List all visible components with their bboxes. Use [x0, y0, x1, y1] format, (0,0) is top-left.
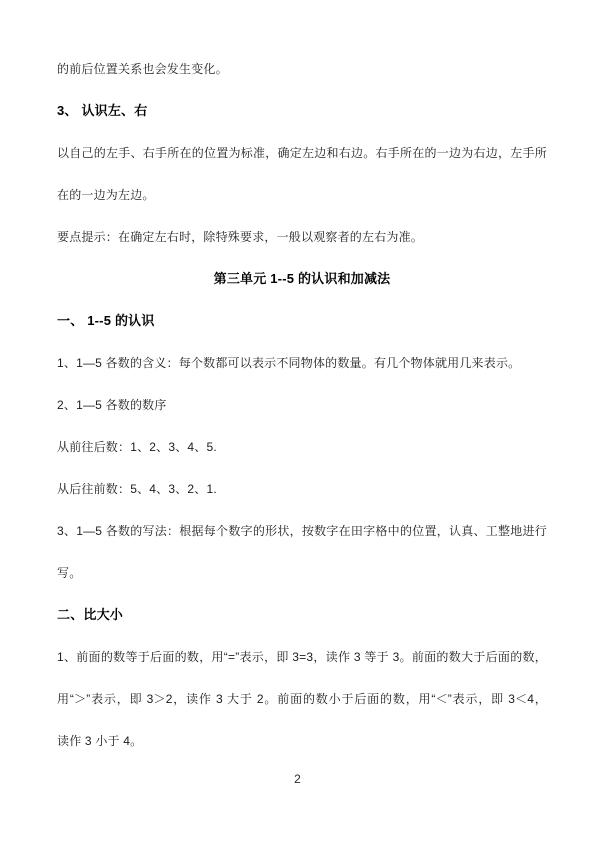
- section-heading-compare-size: 二、比大小: [57, 594, 547, 636]
- body-text-line: 的前后位置关系也会发生变化。: [57, 48, 547, 90]
- body-text-line: 以自己的左手、右手所在的位置为标准，确定左边和右边。右手所在的一边为右边，左手所: [57, 132, 547, 174]
- page-number: 2: [0, 772, 595, 786]
- body-text-line-count-backward: 从后往前数：5、4、3、2、1.: [57, 468, 547, 510]
- body-text-line: 1、前面的数等于后面的数，用“=”表示，即 3=3，读作 3 等于 3。前面的数…: [57, 636, 547, 678]
- body-text-line: 3、1—5 各数的写法：根据每个数字的形状，按数字在田字格中的位置，认真、工整地…: [57, 510, 547, 552]
- body-text-line: 用“＞”表示，即 3＞2，读作 3 大于 2。前面的数小于后面的数，用“＜”表示…: [57, 678, 547, 720]
- body-text-line: 写。: [57, 552, 547, 594]
- unit-title: 第三单元 1--5 的认识和加减法: [57, 258, 547, 300]
- section-heading-know-left-right: 3、 认识左、右: [57, 90, 547, 132]
- body-text-line: 在的一边为左边。: [57, 174, 547, 216]
- section-heading-recognition-1-5: 一、 1--5 的认识: [57, 300, 547, 342]
- body-text-line: 1、1—5 各数的含义：每个数都可以表示不同物体的数量。有几个物体就用几来表示。: [57, 342, 547, 384]
- body-text-line-count-forward: 从前往后数：1、2、3、4、5.: [57, 426, 547, 468]
- body-text-line-key-point: 要点提示：在确定左右时，除特殊要求，一般以观察者的左右为准。: [57, 216, 547, 258]
- body-text-line: 读作 3 小于 4。: [57, 720, 547, 762]
- document-page: 的前后位置关系也会发生变化。 3、 认识左、右 以自己的左手、右手所在的位置为标…: [0, 0, 595, 842]
- body-text-line: 2、1—5 各数的数序: [57, 384, 547, 426]
